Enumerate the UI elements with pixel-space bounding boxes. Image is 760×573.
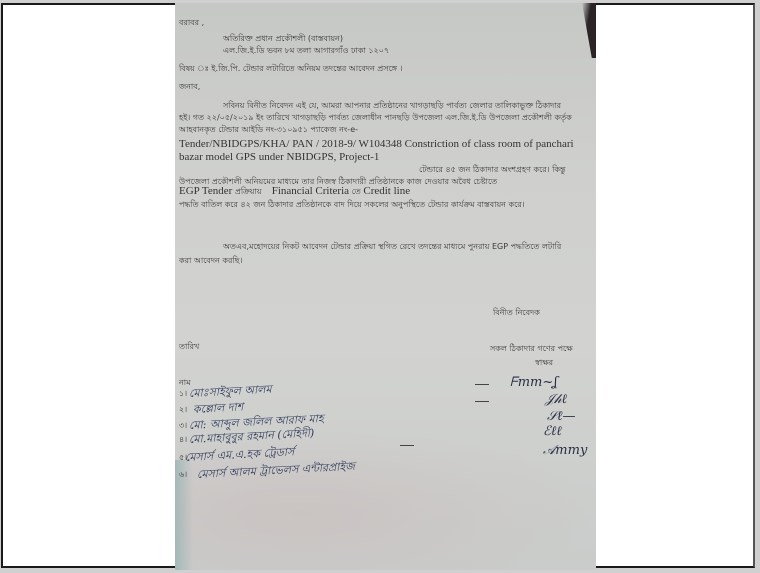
te-text: তে <box>352 187 361 196</box>
body-paragraph-1: সবিনয় বিনীত নিবেদন এই যে, আমরা আপনার প্… <box>179 100 574 136</box>
financial-criteria-text: Financial Criteria <box>272 185 349 197</box>
subject-line: বিষয় ঃ ই.জি.পি. টেন্ডার লটারিতে অনিয়ম … <box>179 64 403 74</box>
dash <box>400 445 414 446</box>
recipient-address: এল.জি.ই.ডি ভবন ৮ম তলা আগারগাঁও ঢাকা ১২০৭ <box>223 46 389 56</box>
signature-5: 𝒜mmy <box>543 443 587 458</box>
tender-reference: Tender/NBIDGPS/KHA/ PAN / 2018-9/ W10434… <box>179 138 574 164</box>
greeting: জনাব, <box>179 82 200 92</box>
page-shadow <box>582 3 596 58</box>
egp-line: EGP Tender প্রক্রিয়ায় Financial Criter… <box>179 186 410 197</box>
signature-3: 𝒮ℓ— <box>547 408 575 424</box>
date-label: তারিখ <box>179 342 199 352</box>
body-text-bn-a: সবিনয় বিনীত নিবেদন এই যে, আমরা আপনার প্… <box>179 101 572 134</box>
name-number: ৬। <box>179 469 187 482</box>
signature-2: 𝒥𝒽ℓ <box>545 391 567 407</box>
process-text: প্রক্রিয়ায় <box>235 187 262 196</box>
egp-tender-text: EGP Tender <box>179 185 232 197</box>
tender-reference-line-1: Tender/NBIDGPS/KHA/ PAN / 2018-9/ W10434… <box>179 138 574 164</box>
body-paragraph-1-end: পদ্ধতি বাতিল করে ৪২ জন ঠিকাদার প্রতিষ্ঠা… <box>179 199 574 211</box>
document-photo: বরাবর , অতিরিক্ত প্রধান প্রকৌশলী (বাস্তব… <box>175 3 596 570</box>
signature-label: স্বাক্ষর <box>535 358 553 368</box>
signature-1: ᖴmm~ʆ <box>510 375 557 390</box>
body-text-bn-e: পদ্ধতি বাতিল করে ৪২ জন ঠিকাদার প্রতিষ্ঠা… <box>179 200 525 209</box>
dash <box>475 401 489 402</box>
salutation-to: বরাবর , <box>179 18 204 28</box>
recipient-title: অতিরিক্ত প্রধান প্রকৌশলী (বাস্তবায়ন) <box>223 34 343 44</box>
credit-line-text: Credit line <box>363 185 410 197</box>
name-number: ১। <box>179 388 187 401</box>
signature-4: ℰℓℓ <box>543 423 562 439</box>
name-number: ২। <box>179 404 187 417</box>
body-text-bn-b: টেন্ডারে ৪৫ জন ঠিকাদার অংশগ্রহণ করে। কিন… <box>179 165 566 186</box>
name-number: ৩। <box>179 420 187 433</box>
name-number: ৪। <box>179 434 187 447</box>
on-behalf-text: সকল ঠিকাদার গণের পক্ষে <box>490 344 573 354</box>
dash <box>475 384 489 385</box>
body-paragraph-2: অতএব,মহোদয়ের নিকট আবেদন টেন্ডার প্রক্রি… <box>179 240 574 268</box>
closing: বিনীত নিবেদক <box>493 308 540 318</box>
